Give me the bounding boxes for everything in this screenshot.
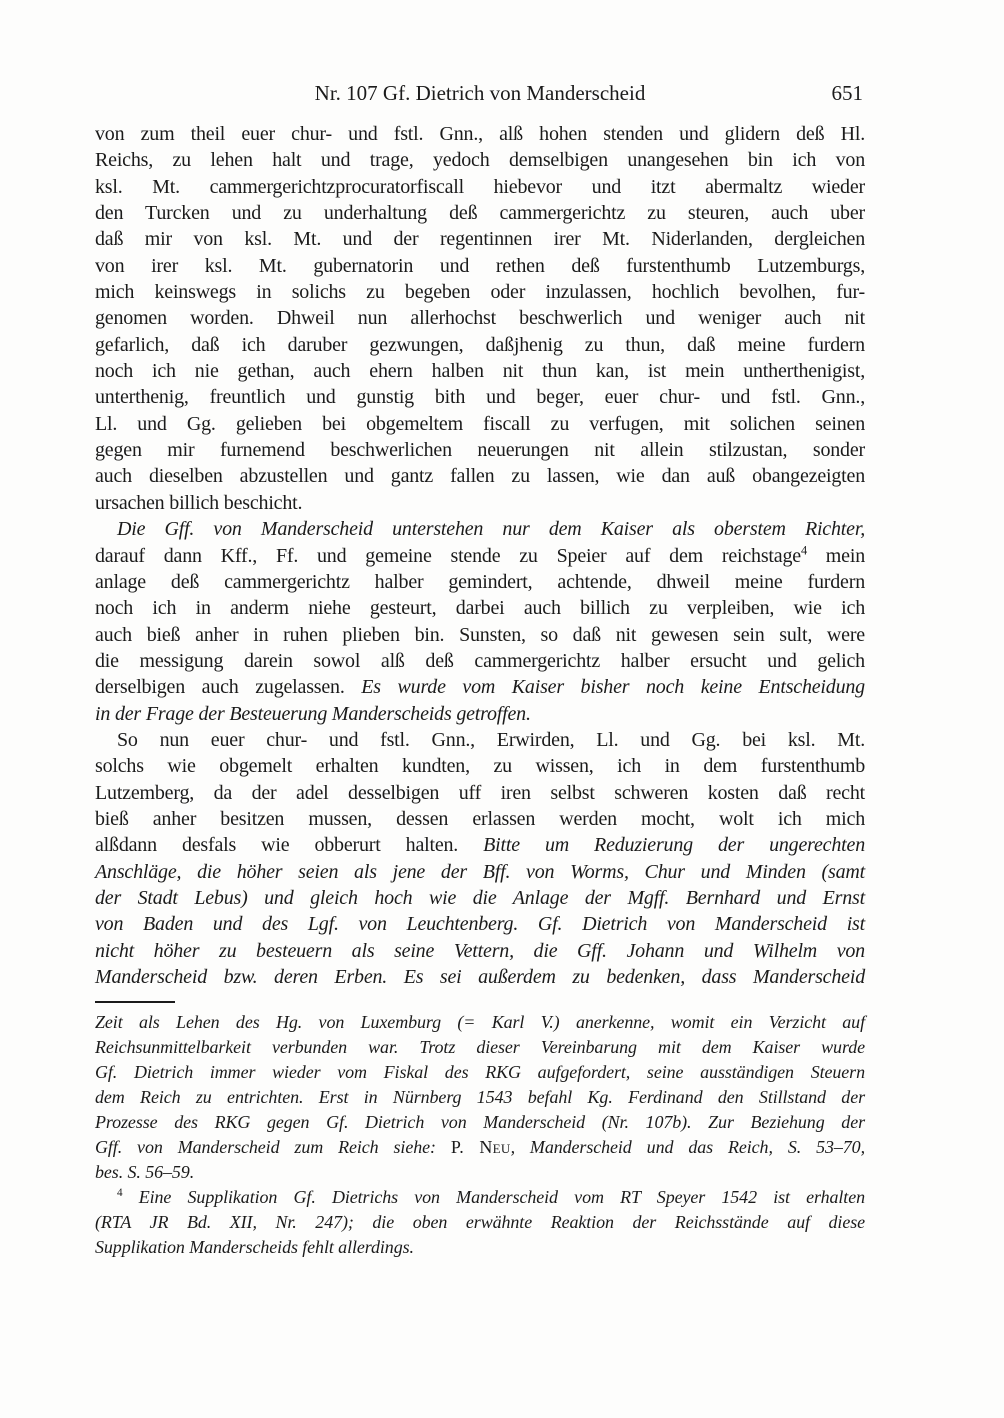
text-segment: von Baden und des Lgf. von Leuchtenberg.… xyxy=(95,913,865,935)
text-segment: Ll. und Gg. gelieben bei obgemeltem fisc… xyxy=(95,413,865,435)
text-line: 4 Eine Supplikation Gf. Dietrichs von Ma… xyxy=(95,1185,865,1210)
text-segment: , Manderscheid und das Reich, S. 53–70, xyxy=(511,1137,865,1157)
book-page: Nr. 107 Gf. Dietrich von Manderscheid 65… xyxy=(0,0,1004,1418)
text-segment: Anschläge, die höher seien als jene der … xyxy=(95,861,865,883)
text-line: Manderscheid bzw. deren Erben. Es sei au… xyxy=(95,964,865,990)
text-segment: gegen mir furnemend beschwerlichen neuer… xyxy=(95,439,865,461)
text-segment: nicht höher zu besteuern als seine Vette… xyxy=(95,940,865,962)
text-line: darauf dann Kff., Ff. und gemeine stende… xyxy=(95,543,865,569)
text-line: Reichsunmittelbarkeit verbunden war. Tro… xyxy=(95,1035,865,1060)
text-segment: die messigung darein sowol alß deß camme… xyxy=(95,650,865,672)
text-line: von Baden und des Lgf. von Leuchtenberg.… xyxy=(95,911,865,937)
text-line: noch ich in anderm niehe gesteurt, darbe… xyxy=(95,595,865,621)
text-line: unterthenig, freuntlich und gunstig bith… xyxy=(95,384,865,410)
text-segment: So nun euer chur- und fstl. Gnn., Erwird… xyxy=(117,729,865,751)
text-segment: bes. S. 56–59. xyxy=(95,1162,194,1182)
text-segment: gefarlich, daß ich daruber gezwungen, da… xyxy=(95,334,865,356)
text-line: So nun euer chur- und fstl. Gnn., Erwird… xyxy=(95,727,865,753)
text-line: Gff. von Manderscheid zum Reich siehe: P… xyxy=(95,1135,865,1160)
text-line: in der Frage der Besteuerung Manderschei… xyxy=(95,701,865,727)
text-line: auch dieselben abzustellen und gantz fal… xyxy=(95,463,865,489)
text-segment: auch bieß anher in ruhen plieben bin. Su… xyxy=(95,624,865,646)
text-line: Die Gff. von Manderscheid unterstehen nu… xyxy=(95,516,865,542)
text-segment: ksl. Mt. cammergerichtzprocuratorfiscall… xyxy=(95,176,865,198)
text-line: gegen mir furnemend beschwerlichen neuer… xyxy=(95,437,865,463)
text-segment: Reichsunmittelbarkeit verbunden war. Tro… xyxy=(95,1037,865,1057)
text-line: Prozesse des RKG gegen Gf. Dietrich von … xyxy=(95,1110,865,1135)
text-segment: der Stadt Lebus) und gleich hoch wie die… xyxy=(95,887,865,909)
text-segment: Manderscheid bzw. deren Erben. Es sei au… xyxy=(95,966,865,988)
page-number: 651 xyxy=(832,80,864,106)
text-line: auch bieß anher in ruhen plieben bin. Su… xyxy=(95,622,865,648)
text-segment: Zeit als Lehen des Hg. von Luxemburg (= … xyxy=(95,1012,865,1032)
text-segment: Reichs, zu lehen halt und trage, yedoch … xyxy=(95,149,865,171)
text-segment: mich keinswegs in solichs zu begeben ode… xyxy=(95,281,865,303)
text-line: nicht höher zu besteuern als seine Vette… xyxy=(95,938,865,964)
text-segment: alßdann desfals wie obberurt halten. xyxy=(95,834,483,856)
text-line: bes. S. 56–59. xyxy=(95,1160,865,1185)
text-segment: bieß anher besitzen mussen, dessen erlas… xyxy=(95,808,865,830)
body-text: von zum theil euer chur- und fstl. Gnn.,… xyxy=(95,121,865,990)
text-segment: (RTA JR Bd. XII, Nr. 247); die oben erwä… xyxy=(95,1212,865,1232)
text-line: den Turcken und zu underhaltung deß camm… xyxy=(95,200,865,226)
page-title: Nr. 107 Gf. Dietrich von Manderscheid xyxy=(315,81,646,105)
text-line: Zeit als Lehen des Hg. von Luxemburg (= … xyxy=(95,1010,865,1035)
footnote-block: Zeit als Lehen des Hg. von Luxemburg (= … xyxy=(95,1010,865,1260)
text-segment: darauf dann Kff., Ff. und gemeine stende… xyxy=(95,545,801,567)
text-line: (RTA JR Bd. XII, Nr. 247); die oben erwä… xyxy=(95,1210,865,1235)
text-line: ursachen billich beschicht. xyxy=(95,490,865,516)
text-segment: von zum theil euer chur- und fstl. Gnn.,… xyxy=(95,123,865,145)
page-header: Nr. 107 Gf. Dietrich von Manderscheid 65… xyxy=(95,80,865,106)
text-line: mich keinswegs in solichs zu begeben ode… xyxy=(95,279,865,305)
text-line: dem Reich zu entrichten. Erst in Nürnber… xyxy=(95,1085,865,1110)
text-line: Ll. und Gg. gelieben bei obgemeltem fisc… xyxy=(95,411,865,437)
text-line: von zum theil euer chur- und fstl. Gnn.,… xyxy=(95,121,865,147)
text-segment: Die Gff. von Manderscheid unterstehen nu… xyxy=(117,518,865,540)
text-line: Reichs, zu lehen halt und trage, yedoch … xyxy=(95,147,865,173)
text-segment: Gff. von Manderscheid zum Reich siehe: xyxy=(95,1137,451,1157)
text-segment: solchs wie obgemelt erhalten kundten, zu… xyxy=(95,755,865,777)
text-line: genomen worden. Dhweil nun allerhochst b… xyxy=(95,305,865,331)
text-line: alßdann desfals wie obberurt halten. Bit… xyxy=(95,832,865,858)
text-segment: anlage deß cammergerichtz halber geminde… xyxy=(95,571,865,593)
text-segment: P. Neu xyxy=(451,1137,511,1157)
text-segment: von irer ksl. Mt. gubernatorin und rethe… xyxy=(95,255,865,277)
text-segment: noch ich nie gethan, auch ehern halben n… xyxy=(95,360,865,382)
text-segment: Lutzemberg, da der adel desselbigen uff … xyxy=(95,782,865,804)
text-segment: Supplikation Manderscheids fehlt allerdi… xyxy=(95,1237,414,1257)
text-line: bieß anher besitzen mussen, dessen erlas… xyxy=(95,806,865,832)
text-segment: in der Frage der Besteuerung Manderschei… xyxy=(95,703,531,725)
text-line: derselbigen auch zugelassen. Es wurde vo… xyxy=(95,674,865,700)
text-segment: Eine Supplikation Gf. Dietrichs von Mand… xyxy=(122,1187,865,1207)
text-line: ksl. Mt. cammergerichtzprocuratorfiscall… xyxy=(95,174,865,200)
text-line: Anschläge, die höher seien als jene der … xyxy=(95,859,865,885)
text-line: die messigung darein sowol alß deß camme… xyxy=(95,648,865,674)
text-segment: Gf. Dietrich immer wieder vom Fiskal des… xyxy=(95,1062,865,1082)
text-segment: dem Reich zu entrichten. Erst in Nürnber… xyxy=(95,1087,865,1107)
text-line: Gf. Dietrich immer wieder vom Fiskal des… xyxy=(95,1060,865,1085)
text-line: Supplikation Manderscheids fehlt allerdi… xyxy=(95,1235,865,1260)
text-segment: noch ich in anderm niehe gesteurt, darbe… xyxy=(95,597,865,619)
text-segment: auch dieselben abzustellen und gantz fal… xyxy=(95,465,865,487)
text-segment: ursachen billich beschicht. xyxy=(95,492,302,514)
text-line: der Stadt Lebus) und gleich hoch wie die… xyxy=(95,885,865,911)
text-segment: Es wurde vom Kaiser bisher noch keine En… xyxy=(361,676,865,698)
text-line: Lutzemberg, da der adel desselbigen uff … xyxy=(95,780,865,806)
text-line: anlage deß cammergerichtz halber geminde… xyxy=(95,569,865,595)
text-segment: daß mir von ksl. Mt. und der regentinnen… xyxy=(95,228,865,250)
text-line: von irer ksl. Mt. gubernatorin und rethe… xyxy=(95,253,865,279)
text-segment: Bitte um Reduzierung der ungerechten xyxy=(483,834,865,856)
text-line: solchs wie obgemelt erhalten kundten, zu… xyxy=(95,753,865,779)
text-segment: genomen worden. Dhweil nun allerhochst b… xyxy=(95,307,865,329)
footnote-rule xyxy=(95,1001,175,1003)
text-segment: unterthenig, freuntlich und gunstig bith… xyxy=(95,386,865,408)
text-segment: derselbigen auch zugelassen. xyxy=(95,676,361,698)
text-segment: den Turcken und zu underhaltung deß camm… xyxy=(95,202,865,224)
text-line: noch ich nie gethan, auch ehern halben n… xyxy=(95,358,865,384)
text-segment: mein xyxy=(807,545,865,567)
text-segment: Prozesse des RKG gegen Gf. Dietrich von … xyxy=(95,1112,865,1132)
text-line: daß mir von ksl. Mt. und der regentinnen… xyxy=(95,226,865,252)
text-line: gefarlich, daß ich daruber gezwungen, da… xyxy=(95,332,865,358)
